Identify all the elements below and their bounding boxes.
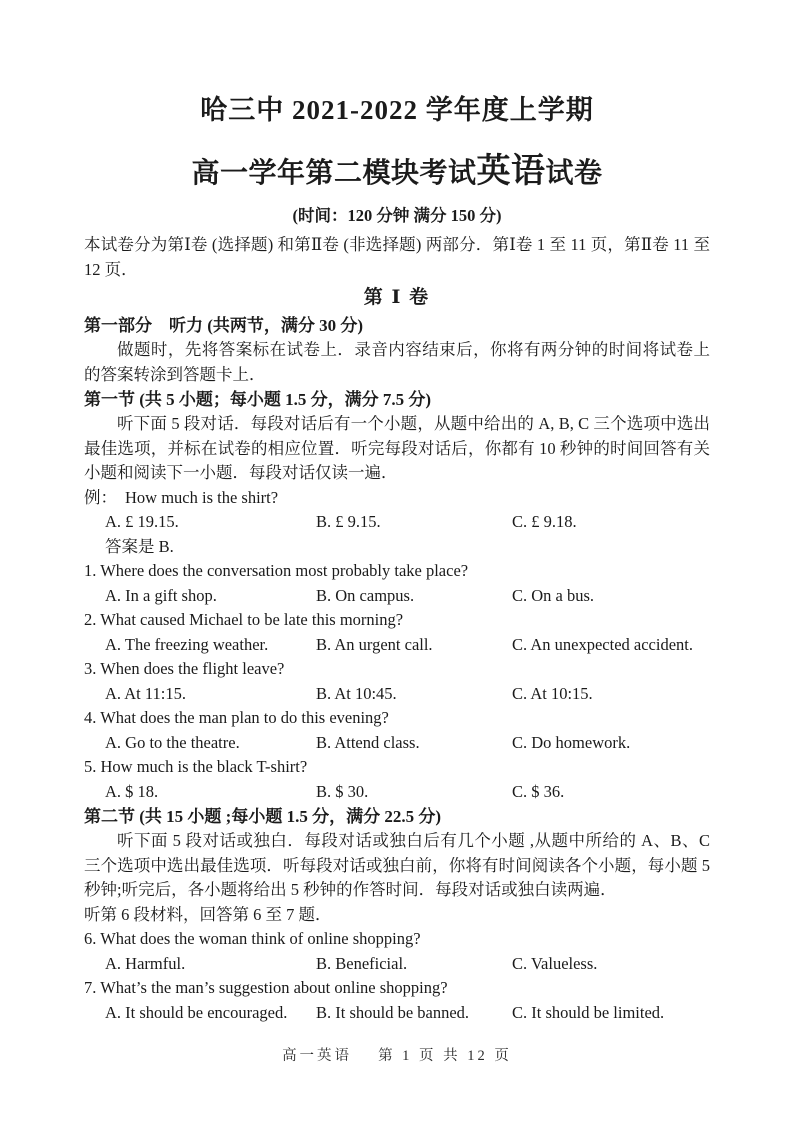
question-5-option-b: B. $ 30. [316,780,512,805]
question-6-options: A. Harmful. B. Beneficial. C. Valueless. [84,952,710,977]
question-4-text: 4. What does the man plan to do this eve… [84,706,710,731]
example-answer: 答案是 B. [84,535,710,560]
question-2-option-b: B. An urgent call. [316,633,512,658]
intro-paragraph: 本试卷分为第Ⅰ卷 (选择题) 和第Ⅱ卷 (非选择题) 两部分．第Ⅰ卷 1 至 1… [84,233,710,282]
question-3-options: A. At 11:15. B. At 10:45. C. At 10:15. [84,682,710,707]
question-1-options: A. In a gift shop. B. On campus. C. On a… [84,584,710,609]
question-7-options: A. It should be encouraged. B. It should… [84,1001,710,1026]
question-3-text: 3. When does the flight leave? [84,657,710,682]
question-5-options: A. $ 18. B. $ 30. C. $ 36. [84,780,710,805]
footer-page-number: 第 1 页 共 12 页 [378,1048,512,1064]
question-2-option-c: C. An unexpected accident. [512,633,710,658]
question-1-option-c: C. On a bus. [512,584,710,609]
question-6-option-c: C. Valueless. [512,952,710,977]
question-4-option-b: B. Attend class. [316,731,512,756]
question-3-option-a: A. At 11:15. [105,682,316,707]
footer-course-label: 高一英语 [282,1048,352,1064]
question-5-option-a: A. $ 18. [105,780,316,805]
title2-prefix: 高一学年第二模块考试 [191,158,476,189]
page-footer: 高一英语第 1 页 共 12 页 [0,1044,794,1065]
question-2-option-a: A. The freezing weather. [105,633,316,658]
example-question-line: 例：How much is the shirt? [84,486,710,511]
question-7-option-c: C. It should be limited. [512,1001,710,1026]
question-6-option-a: A. Harmful. [105,952,316,977]
question-7-option-a: A. It should be encouraged. [105,1001,316,1026]
question-4-option-a: A. Go to the theatre. [105,731,316,756]
example-option-b: B. £ 9.15. [316,510,512,535]
question-1-option-a: A. In a gift shop. [105,584,316,609]
exam-paper-page: 哈三中 2021-2022 学年度上学期 高一学年第二模块考试英语试卷 (时间：… [0,0,794,1122]
example-options-row: A. £ 19.15. B. £ 9.15. C. £ 9.18. [84,510,710,535]
title2-suffix: 试卷 [546,158,603,189]
volume1-heading: 第 Ⅰ 卷 [84,285,710,311]
exam-title-line1: 哈三中 2021-2022 学年度上学期 [84,88,710,127]
question-6-text: 6. What does the woman think of online s… [84,927,710,952]
question-6-option-b: B. Beneficial. [316,952,512,977]
question-4-option-c: C. Do homework. [512,731,710,756]
question-5-option-c: C. $ 36. [512,780,710,805]
question-2-text: 2. What caused Michael to be late this m… [84,608,710,633]
example-option-a: A. £ 19.15. [105,510,316,535]
section2-heading: 第二节 (共 15 小题 ;每小题 1.5 分，满分 22.5 分) [84,804,710,829]
question-7-text: 7. What’s the man’s suggestion about onl… [84,976,710,1001]
section1-heading: 第一节 (共 5 小题；每小题 1.5 分，满分 7.5 分) [84,387,710,412]
part1-heading: 第一部分 听力 (共两节，满分 30 分) [84,313,710,338]
exam-title-line2: 高一学年第二模块考试英语试卷 [84,143,710,192]
question-2-options: A. The freezing weather. B. An urgent ca… [84,633,710,658]
example-label: 例： [84,486,117,511]
question-1-option-b: B. On campus. [316,584,512,609]
example-question-text: How much is the shirt? [117,488,278,507]
question-5-text: 5. How much is the black T-shirt? [84,755,710,780]
question-3-option-c: C. At 10:15. [512,682,710,707]
question-7-option-b: B. It should be banned. [316,1001,512,1026]
material-6-note: 听第 6 段材料，回答第 6 至 7 题． [84,903,710,928]
title2-subject: 英语 [477,153,546,190]
question-4-options: A. Go to the theatre. B. Attend class. C… [84,731,710,756]
section2-note: 听下面 5 段对话或独白．每段对话或独白后有几个小题 ,从题中所给的 A、B、C… [84,829,710,903]
question-3-option-b: B. At 10:45. [316,682,512,707]
question-1-text: 1. Where does the conversation most prob… [84,559,710,584]
example-option-c: C. £ 9.18. [512,510,710,535]
section1-note: 听下面 5 段对话．每段对话后有一个小题，从题中给出的 A, B, C 三个选项… [84,412,710,486]
time-score-line: (时间：120 分钟 满分 150 分) [84,202,710,226]
part1-note: 做题时，先将答案标在试卷上．录音内容结束后，你将有两分钟的时间将试卷上的答案转涂… [84,338,710,387]
